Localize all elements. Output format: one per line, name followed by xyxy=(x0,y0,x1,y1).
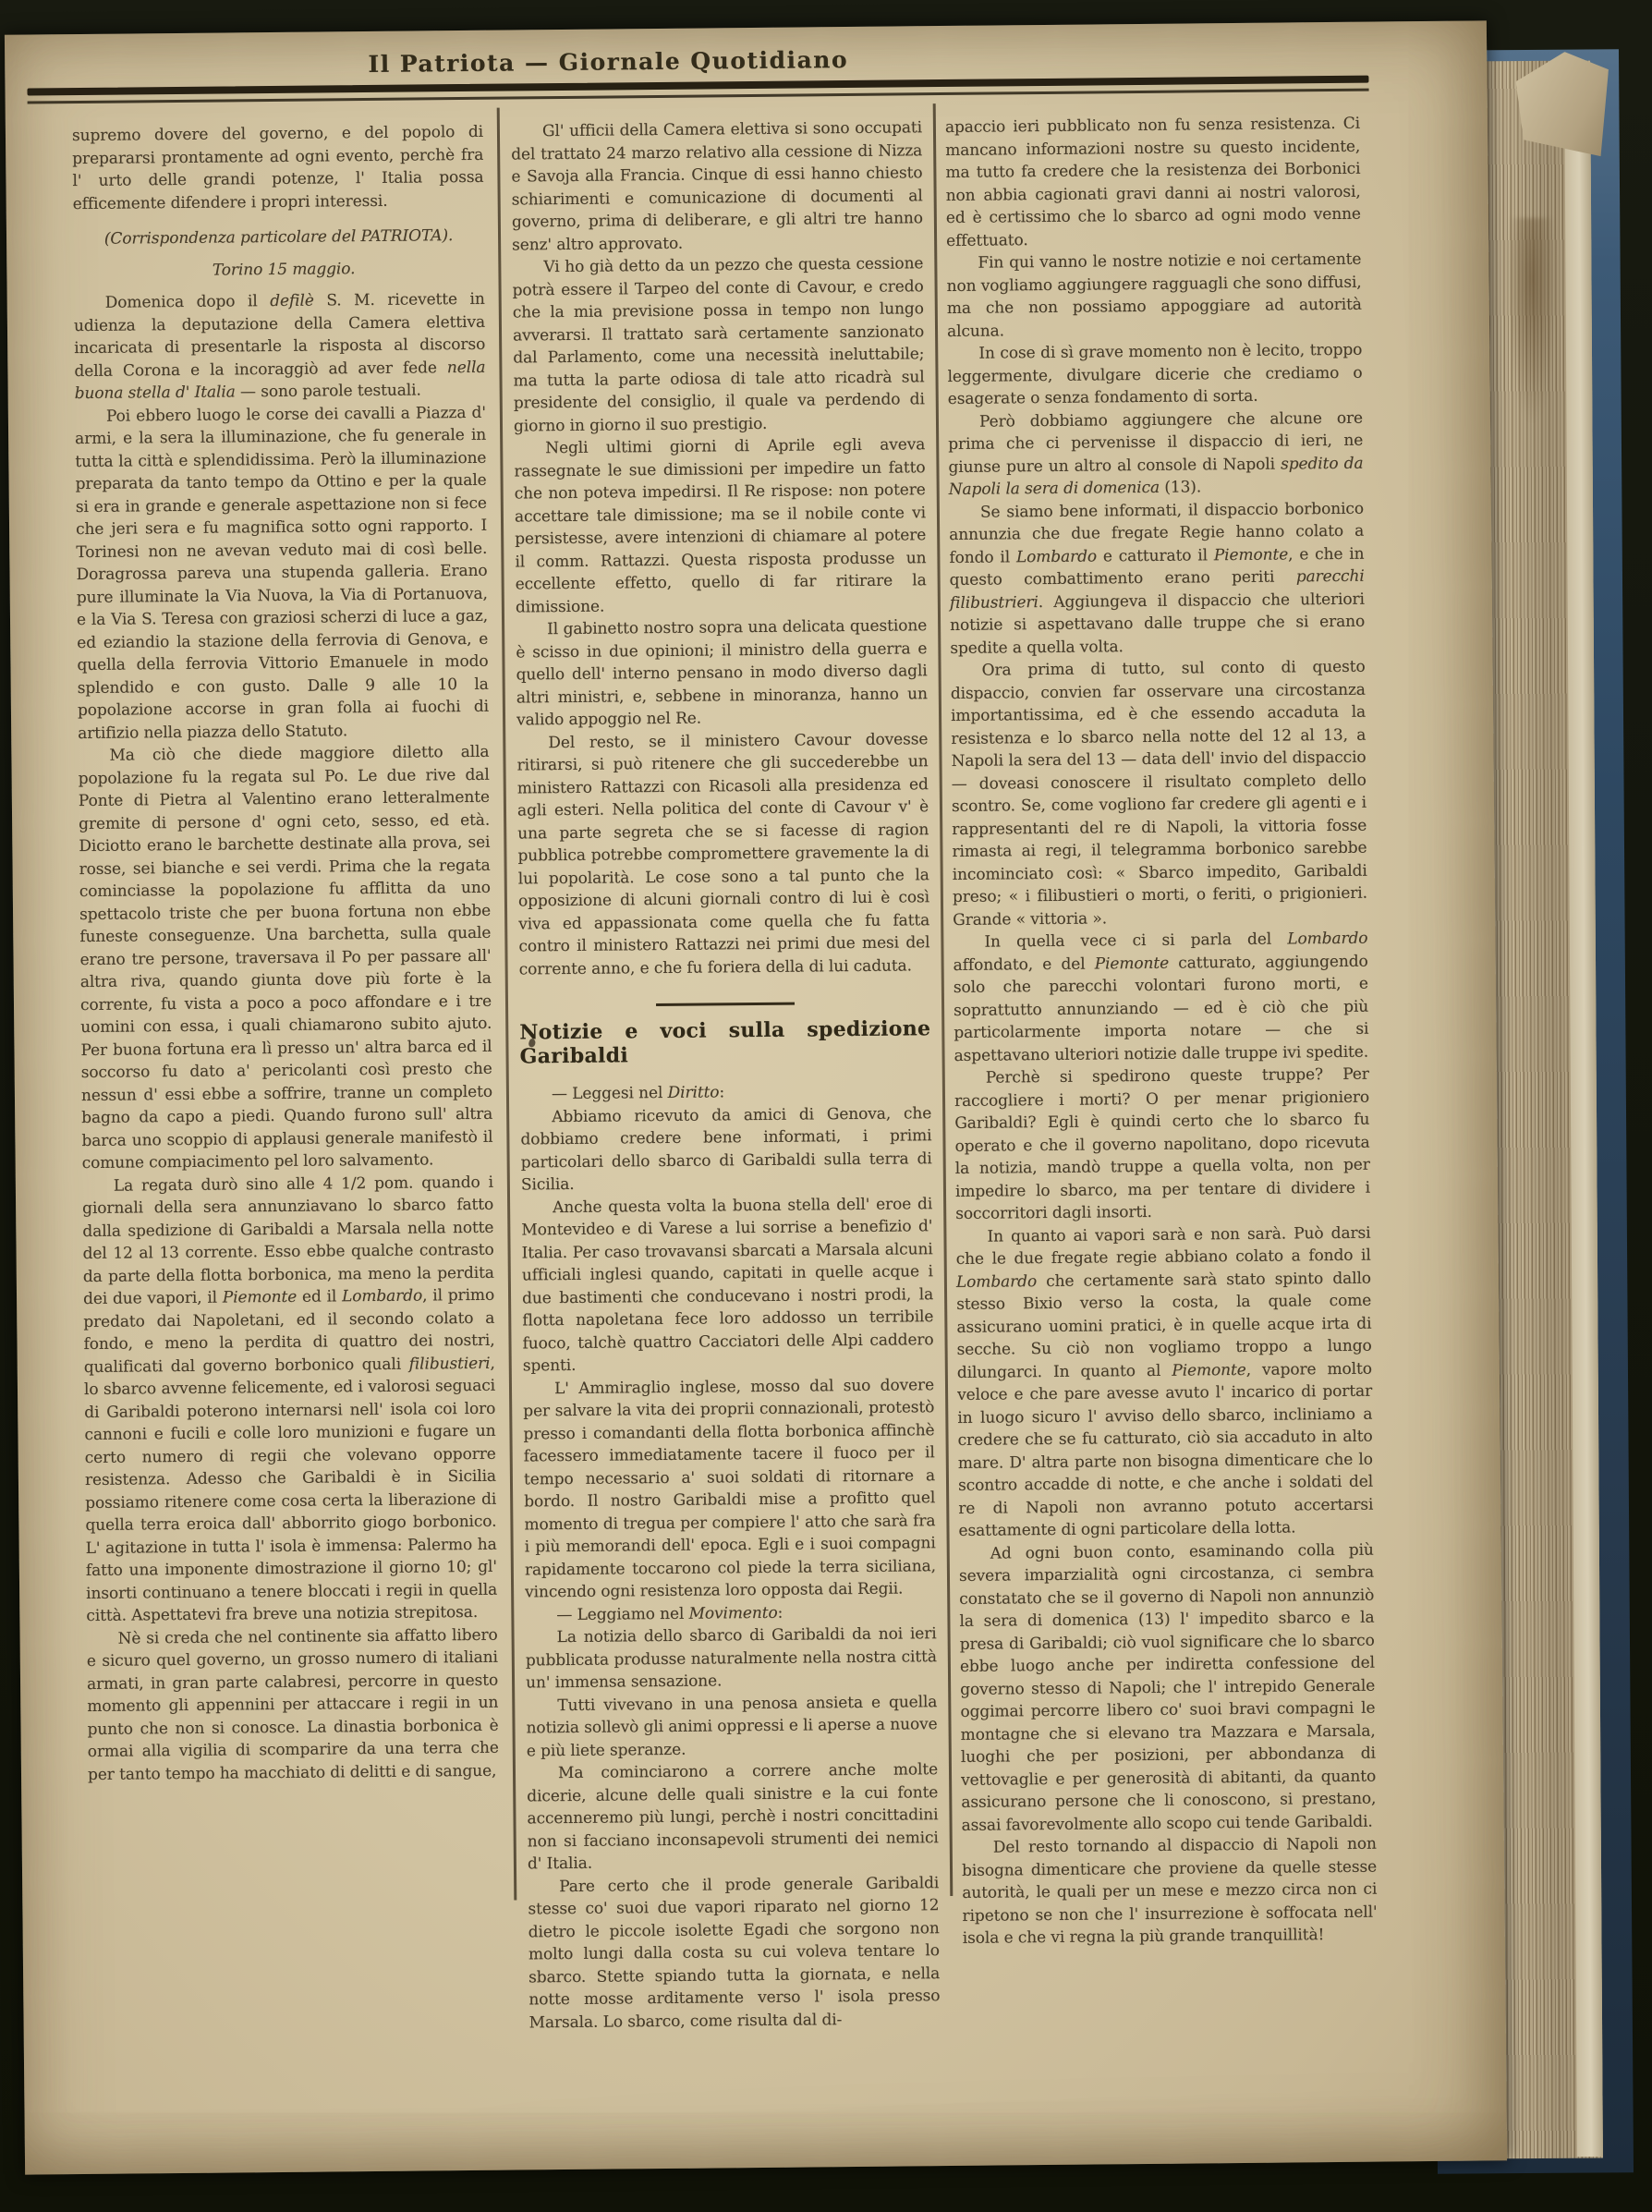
paragraph: Ma cominciarono a correre anche molte di… xyxy=(527,1758,939,1876)
paragraph: Domenica dopo il defilè S. M. ricevette … xyxy=(74,288,486,406)
paragraph: Il gabinetto nostro sopra una delicata q… xyxy=(516,614,928,732)
paragraph: La notizia dello sbarco di Garibaldi da … xyxy=(525,1623,937,1695)
dateline: Torino 15 maggio. xyxy=(73,256,484,283)
paragraph: Vi ho già detto da un pezzo che questa c… xyxy=(512,252,925,437)
paragraph: Fin qui vanno le nostre notizie e noi ce… xyxy=(946,249,1362,343)
paragraph: La regata durò sino alle 4 1/2 pom. quan… xyxy=(82,1171,498,1627)
paragraph: Ma ciò che diede maggiore diletto alla p… xyxy=(78,741,492,1175)
newspaper-masthead: Il Patriota — Giornale Quotidiano xyxy=(5,45,1211,79)
article-heading: Notizie e voci sulla spedizione Garibald… xyxy=(519,1016,930,1068)
paragraph: Però dobbiamo aggiungere che alcune ore … xyxy=(948,407,1364,501)
paragraph: L' Ammiraglio inglese, mosso dal suo dov… xyxy=(523,1374,936,1604)
paragraph: Ad ogni buon conto, esaminando colla più… xyxy=(959,1538,1377,1837)
paragraph: Del resto, se il ministero Cavour dovess… xyxy=(516,728,930,981)
paragraph: supremo dovere del governo, e del popolo… xyxy=(72,121,484,215)
paragraph: apaccio ieri pubblicato non fu senza res… xyxy=(945,113,1361,252)
correspondence-byline: (Corrispondenza particolare del PATRIOTA… xyxy=(73,225,484,251)
paragraph: Perchè si spedirono queste truppe? Per r… xyxy=(954,1063,1371,1226)
scanned-newspaper-photo: Il Patriota — Giornale Quotidiano suprem… xyxy=(0,0,1652,2212)
paragraph: Negli ultimi giorni di Aprile egli aveva… xyxy=(514,433,927,618)
paragraph: Del resto tornando al dispaccio di Napol… xyxy=(962,1833,1378,1951)
paragraph: Anche questa volta la buona stella dell'… xyxy=(521,1193,934,1378)
paragraph: In cose di sì grave momento non è lecito… xyxy=(947,339,1363,411)
fore-edge-stain xyxy=(1508,218,1556,421)
paragraph: Se siamo bene informati, il dispaccio bo… xyxy=(949,497,1366,660)
paragraph: Pare certo che il prode generale Garibal… xyxy=(528,1872,941,2035)
paragraph: Abbiamo ricevuto da amici di Genova, che… xyxy=(520,1102,932,1197)
section-divider xyxy=(656,1003,795,1006)
paragraph: Gl' ufficii della Camera elettiva si son… xyxy=(511,116,923,256)
paragraph: In quella vece ci si parla del Lombardo … xyxy=(953,928,1368,1067)
text-column-2: Gl' ufficii della Camera elettiva si son… xyxy=(511,116,941,2034)
paragraph: Poi ebbero luogo le corse dei cavalli a … xyxy=(75,401,490,745)
text-column-1: supremo dovere del governo, e del popolo… xyxy=(72,121,499,1786)
page-content: Il Patriota — Giornale Quotidiano suprem… xyxy=(5,20,1507,2174)
paragraph: Ora prima di tutto, sul conto di questo … xyxy=(950,656,1367,931)
newspaper-page: Il Patriota — Giornale Quotidiano suprem… xyxy=(5,20,1507,2174)
text-column-3: apaccio ieri pubblicato non fu senza res… xyxy=(945,113,1378,1951)
paragraph: In quanto ai vapori sarà e non sarà. Può… xyxy=(955,1221,1373,1542)
paragraph: Tutti vivevano in una penosa ansieta e q… xyxy=(526,1691,938,1763)
paragraph: Nè si creda che nel continente sia affat… xyxy=(86,1623,499,1786)
